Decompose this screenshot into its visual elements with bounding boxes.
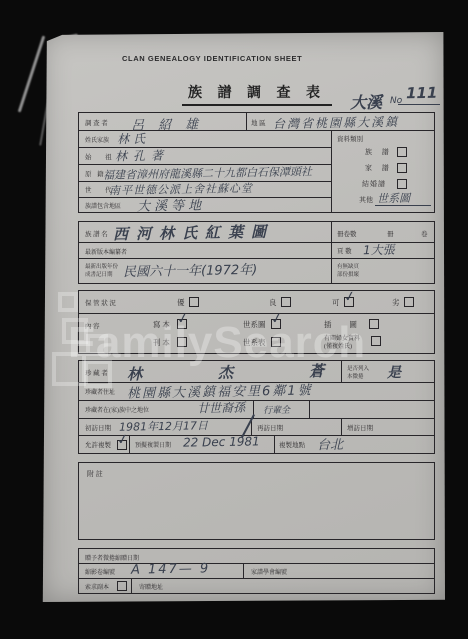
film-place-handwriting: 大溪 bbox=[350, 90, 382, 114]
missing-pages-label-line2: 部份損壞 bbox=[337, 270, 359, 278]
condition-checkbox-fair: ✓ bbox=[344, 297, 354, 307]
remarks-box: 附 註 bbox=[78, 462, 435, 540]
copy-request-checkbox: ✓ bbox=[117, 581, 127, 591]
copy-permission-label: 允許複製 bbox=[85, 440, 111, 449]
category-option-label: 結婚譜 bbox=[362, 179, 386, 189]
copy-place-value: 台北 bbox=[317, 434, 343, 453]
category-checkbox-family: ✓ bbox=[397, 163, 407, 173]
holder-address-label: 珍藏者住址 bbox=[85, 387, 115, 396]
familysearch-watermark: FamilySearch bbox=[68, 318, 448, 368]
condition-checkbox-good: ✓ bbox=[281, 297, 291, 307]
english-title: CLAN GENEALOGY IDENTIFICATION SHEET bbox=[122, 54, 302, 63]
donor-date-label: 贈予者微捲縮贈日期 bbox=[85, 553, 139, 562]
film-no-underline bbox=[398, 104, 440, 105]
category-title: 資料類別 bbox=[337, 134, 363, 143]
first-visit-value: 1981年12月17日 bbox=[119, 417, 208, 435]
first-visit-label: 初訪日期 bbox=[85, 423, 111, 432]
second-visit-label: 再訪日期 bbox=[257, 423, 283, 432]
area-label: 地 區 bbox=[251, 118, 266, 127]
remarks-label: 附 註 bbox=[87, 469, 103, 479]
included-label-line2: 本微捲 bbox=[347, 372, 364, 380]
extra-visit-label: 增訪日期 bbox=[347, 423, 373, 432]
first-ancestor-label: 始 祖 bbox=[85, 152, 118, 161]
microfilm-roll-label: 縮影卷編號 bbox=[85, 567, 115, 576]
category-other-label: 其他 bbox=[359, 195, 373, 205]
category-option-label: 家 譜 bbox=[365, 163, 393, 173]
holder-table: 珍 藏 者 林杰蒼 是否列入 本微捲 是 珍藏者住址 桃園縣大溪鎮福安里6鄰1號… bbox=[78, 360, 435, 454]
genealogy-title-value: 西河林氏紅葉圖 bbox=[113, 221, 274, 245]
film-number-table: 贈予者微捲縮贈日期 縮影卷編號 A 147— 9 家譜學會編號 索求副本 ✓ 寄… bbox=[78, 548, 435, 594]
pubyear-value: 民國六十一年(1972年) bbox=[123, 259, 258, 280]
surname-value: 林氏 bbox=[117, 130, 149, 148]
microfilm-roll-number: A 147— 9 bbox=[131, 561, 210, 577]
society-number-label: 家譜學會編號 bbox=[251, 567, 287, 576]
familysearch-tree-logo bbox=[58, 292, 78, 312]
category-checkbox-clan: ✓ bbox=[397, 147, 407, 157]
document-sheet: CLAN GENEALOGY IDENTIFICATION SHEET 族 譜 … bbox=[42, 32, 445, 602]
pages-value: 1大張 bbox=[363, 241, 395, 259]
copy-request-label: 索求副本 bbox=[85, 582, 109, 591]
volume-unit1: 冊 bbox=[387, 229, 394, 238]
copy-place-label: 複製地點 bbox=[279, 440, 305, 449]
pubyear-label-line1: 最新出版年份 bbox=[85, 262, 118, 270]
condition-option: 可 bbox=[332, 297, 340, 308]
category-checkbox-marriage: ✓ bbox=[397, 179, 407, 189]
film-scratch bbox=[18, 35, 46, 112]
surname-label: 姓氏家族 bbox=[85, 135, 109, 144]
film-no-handwriting: 111 bbox=[406, 84, 438, 103]
identity-table: 調 查 者 呂紹雄 地 區 台灣省桃園縣大溪鎮 姓氏家族 林氏 始 祖 林孔著 … bbox=[78, 112, 435, 213]
holder-position-label: 珍藏者在(家)族中之地位 bbox=[85, 405, 149, 414]
condition-option: 劣 bbox=[392, 297, 400, 308]
investigator-label: 調 查 者 bbox=[85, 118, 108, 127]
missing-pages-label-line1: 有無缺頁 bbox=[337, 262, 359, 270]
condition-option: 良 bbox=[269, 297, 277, 308]
planned-copy-date-label: 預擬複製日期 bbox=[135, 440, 171, 449]
pages-label: 頁 數 bbox=[337, 246, 352, 255]
chinese-title: 族 譜 調 查 表 bbox=[182, 82, 332, 106]
microfilm-scan: CLAN GENEALOGY IDENTIFICATION SHEET 族 譜 … bbox=[0, 0, 468, 639]
condition-checkbox-excellent: ✓ bbox=[189, 297, 199, 307]
category-other-value: 世系圖 bbox=[377, 190, 410, 207]
first-ancestor-value: 林孔著 bbox=[115, 147, 169, 165]
editor-label: 最新版本編纂者 bbox=[85, 247, 127, 256]
condition-option: 優 bbox=[177, 297, 185, 308]
volumes-label: 冊卷數 bbox=[337, 229, 357, 238]
holder-position-extra: 行輩全 bbox=[263, 403, 290, 416]
category-option-label: 族 譜 bbox=[365, 147, 393, 157]
coverage-value: 大溪等地 bbox=[137, 194, 205, 214]
genealogy-title-label: 族 譜 名 bbox=[85, 229, 108, 238]
pubyear-label-line2: 成書記日期 bbox=[85, 270, 113, 278]
volume-unit2: 卷 bbox=[421, 229, 428, 238]
genealogy-title-table: 族 譜 名 西河林氏紅葉圖 冊卷數 冊 卷 最新版本編纂者 頁 數 1大張 最新… bbox=[78, 221, 435, 284]
coverage-label: 族譜包含地區 bbox=[85, 201, 121, 210]
planned-copy-date-value: 22 Dec 1981 bbox=[183, 434, 260, 449]
mail-address-label: 寄贈地址 bbox=[139, 582, 163, 591]
area-value: 台灣省桃園縣大溪鎮 bbox=[273, 113, 399, 132]
holder-position-value: 廿世裔孫 bbox=[197, 399, 245, 417]
condition-label: 保 管 狀 況 bbox=[85, 298, 116, 307]
condition-checkbox-poor: ✓ bbox=[404, 297, 414, 307]
copy-permission-checkbox: ✓ bbox=[117, 440, 127, 450]
